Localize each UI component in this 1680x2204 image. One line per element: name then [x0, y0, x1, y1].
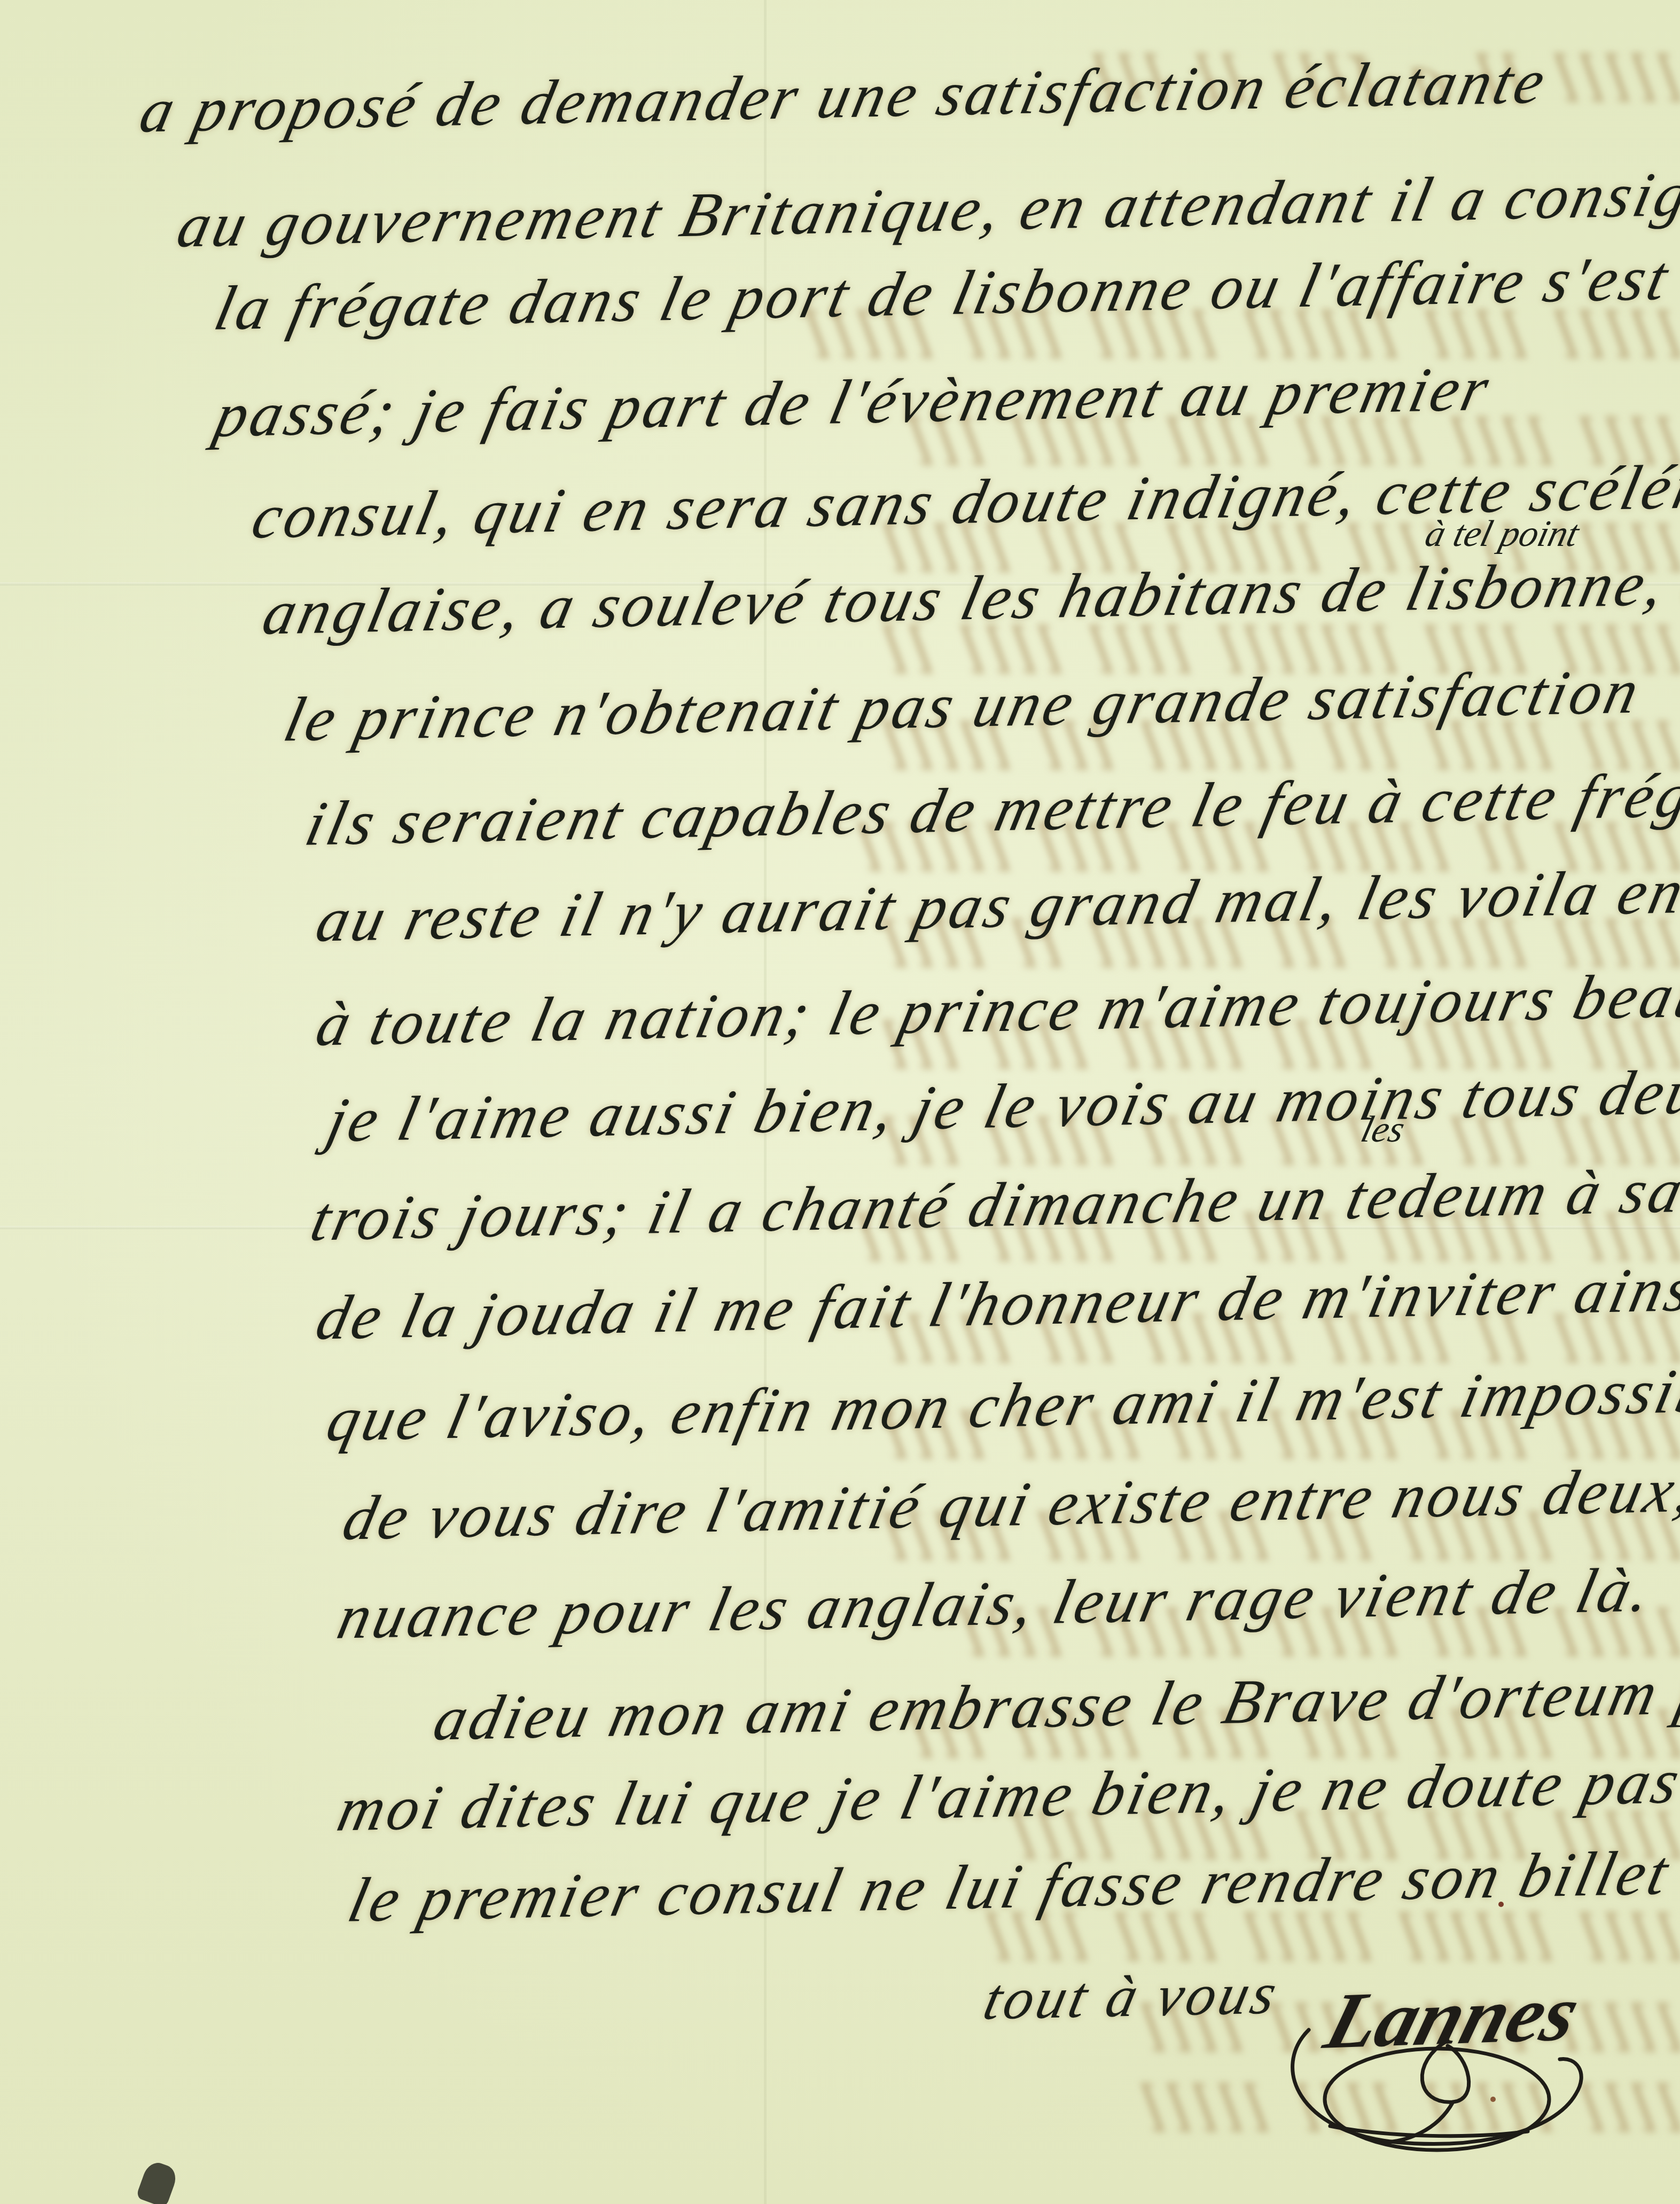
ink-speck [1490, 2097, 1496, 2102]
signature-flourish-icon [1277, 2008, 1597, 2179]
closing-salutation: tout à vous [978, 1959, 1286, 2034]
ink-speck [1498, 1902, 1504, 1907]
